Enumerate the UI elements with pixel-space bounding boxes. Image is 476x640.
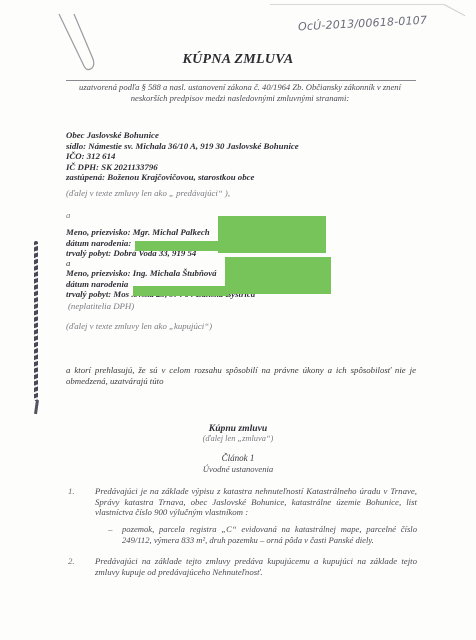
redaction-block [133,286,229,296]
seller-name: Obec Jaslovské Bohunice [66,130,299,141]
paragraph-text: Predávajúci je na základe výpisu z katas… [95,486,417,518]
article-title: Úvodné ustanovenia [0,464,476,474]
redaction-block [218,216,326,253]
binding-cord-end [34,400,39,414]
handwritten-reference-number: OcÚ-2013/00618-0107 [298,14,428,34]
seller-seat: sídlo: Námestie sv. Michala 36/10 A, 919… [66,141,299,152]
article-number: Článok 1 [0,453,476,463]
redaction-block [135,241,225,251]
seller-ic-dph: IČ DPH: SK 2021133796 [66,162,299,173]
paragraph-text: Predávajúci na základe tejto zmluvy pred… [95,556,417,577]
conjunction-a: a [66,258,70,269]
bullet-dash: – [108,524,112,534]
binding-cord [34,241,38,401]
redaction-block [225,257,331,294]
buyer-1-name: Meno, priezvisko: Mgr. Michal Palkech [66,227,210,238]
intro-text: uzatvorená podľa § 588 a nasl. ustanoven… [60,82,420,104]
paragraph-number: 1. [68,486,75,496]
page-fold-corner [444,4,466,16]
document-title: KÚPNA ZMLUVA [0,52,476,68]
seller-represented: zastúpená: Boženou Krajčovičovou, staros… [66,172,299,183]
title-rule [66,80,416,81]
declaration-text: a ktorí prehlasujú, že sú v celom rozsah… [66,365,416,386]
bullet-item: pozemok, parcela registra „C“ evidovaná … [122,524,417,545]
vat-note: (neplatitelia DPH) [68,301,134,312]
subject-title: Kúpnu zmluvu [0,423,476,434]
paragraph-number: 2. [68,556,75,566]
seller-block: Obec Jaslovské Bohunice sídlo: Námestie … [66,130,299,183]
page-fold-edge [270,4,445,5]
buyer-note: (ďalej v texte zmluvy len ako „kupujúci“… [66,321,212,332]
seller-ico: IČO: 312 614 [66,151,299,162]
conjunction-a: a [66,210,70,221]
subject-subtitle: (ďalej len „zmluva“) [0,434,476,443]
seller-note: (ďalej v texte zmluvy len ako „ predávaj… [66,188,230,199]
